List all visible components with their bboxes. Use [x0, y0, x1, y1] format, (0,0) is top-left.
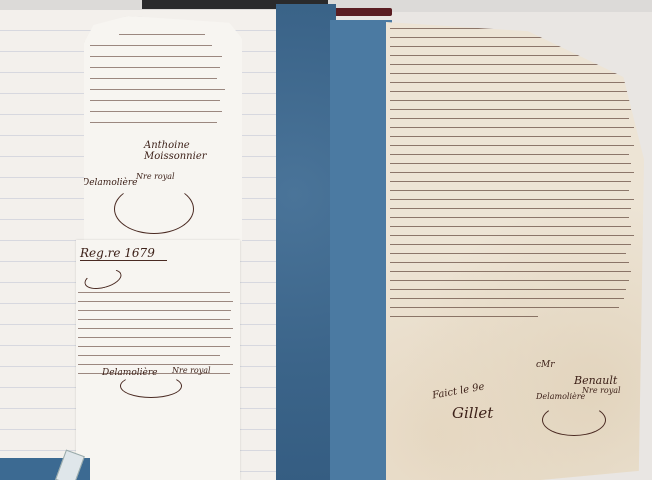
paraph-flourish — [82, 265, 123, 292]
signature-delamoliere: Delamolière — [536, 392, 585, 401]
signature-moissonnier: Anthoine Moissonnier — [144, 140, 242, 162]
register-heading: Reg.re 1679 — [80, 246, 167, 261]
signature-gillet: Gillet — [452, 404, 493, 422]
pasted-slip-top: Anthoine Moissonnier Delamolière Nre roy… — [84, 16, 242, 241]
notary-title: Nre royal — [582, 386, 621, 395]
handwriting-lines — [90, 34, 234, 133]
notary-signature: Delamolière — [82, 178, 137, 188]
closing-note: Faict le 9e — [431, 381, 485, 401]
signature-flourish — [120, 374, 182, 398]
blue-cover-right — [330, 20, 392, 480]
red-book-spine — [330, 8, 392, 16]
pasted-slip-bottom: Reg.re 1679 Delamolière Nre royal — [76, 240, 240, 480]
blue-cover-left — [276, 4, 336, 480]
handwriting-lines — [390, 28, 636, 324]
notary-title: Nre royal — [136, 172, 175, 181]
signature-flourish — [114, 184, 194, 234]
notary-title: Nre royal — [172, 366, 211, 375]
signature-prefix: cMr — [536, 360, 555, 370]
manuscript-page: cMr Benault Faict le 9e Gillet Delamoliè… — [386, 22, 644, 480]
signature-flourish — [542, 404, 606, 436]
